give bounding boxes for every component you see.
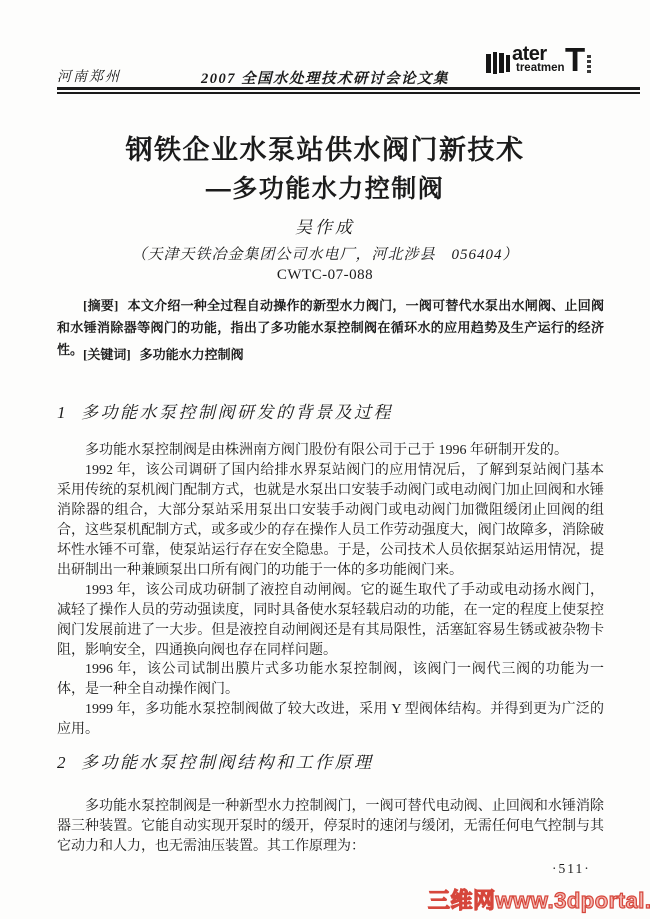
paper-title-line1: 钢铁企业水泵站供水阀门新技术 [0,128,650,167]
watermark: 三维网www.3dportal.cn [428,884,650,915]
paper-code: CWTC-07-088 [0,267,650,284]
keywords-label: [关键词] [83,347,131,362]
section-1-heading: 1多功能水泵控制阀研发的背景及过程 [57,398,604,423]
paragraph: 多功能水泵控制阀是一种新型水力控制阀门，一阀可替代电动阀、止回阀和水锤消除器三种… [57,797,604,857]
water-bars-icon [486,52,510,74]
logo-side-marks-icon [587,55,591,73]
paragraph: 1996 年，该公司试制出膜片式多功能水泵控制阀，该阀门一阀代三阀的功能为一体，… [57,660,604,700]
page-number: ·511· [552,861,591,877]
abstract-label: [摘要] [83,298,118,313]
paper-title-line2: —多功能水力控制阀 [0,169,650,205]
keywords: [关键词]多功能水力控制阀 [57,344,604,366]
paragraph: 1993 年，该公司成功研制了液控自动闸阀。它的诞生取代了手动或电动扬水阀门，减… [57,581,604,661]
section-1-number: 1 [57,403,68,422]
scanned-paper-page: 河南郑州 2007 全国水处理技术研讨会论文集 ater treatmen T … [0,0,650,919]
paragraph: 1992 年，该公司调研了国内给排水界泵站阀门的应用情况后，了解到泵站阀门基本采… [57,461,604,581]
paragraph: 多功能水泵控制阀是由株洲南方阀门股份有限公司于己于 1996 年研制开发的。 [57,441,604,461]
section-2-number: 2 [57,753,68,772]
header-rule [57,87,640,94]
author-name: 吴作成 [0,213,650,238]
logo-letter-t: T [565,43,585,77]
logo-text-treatmen: treatmen [516,62,565,74]
section-2-title: 多功能水泵控制阀结构和工作原理 [81,753,374,772]
paragraph: 1999 年，多功能水泵控制阀做了较大改进，采用 Y 型阀体结构。并得到更为广泛… [57,700,604,740]
affiliation: （天津天铁冶金集团公司水电厂，河北涉县 056404） [0,243,650,264]
keywords-text: 多功能水力控制阀 [140,347,244,362]
section-1-title: 多功能水泵控制阀研发的背景及过程 [81,403,393,422]
water-treatment-logo: ater treatmen T [486,47,594,89]
section-2-heading: 2多功能水泵控制阀结构和工作原理 [57,748,604,773]
